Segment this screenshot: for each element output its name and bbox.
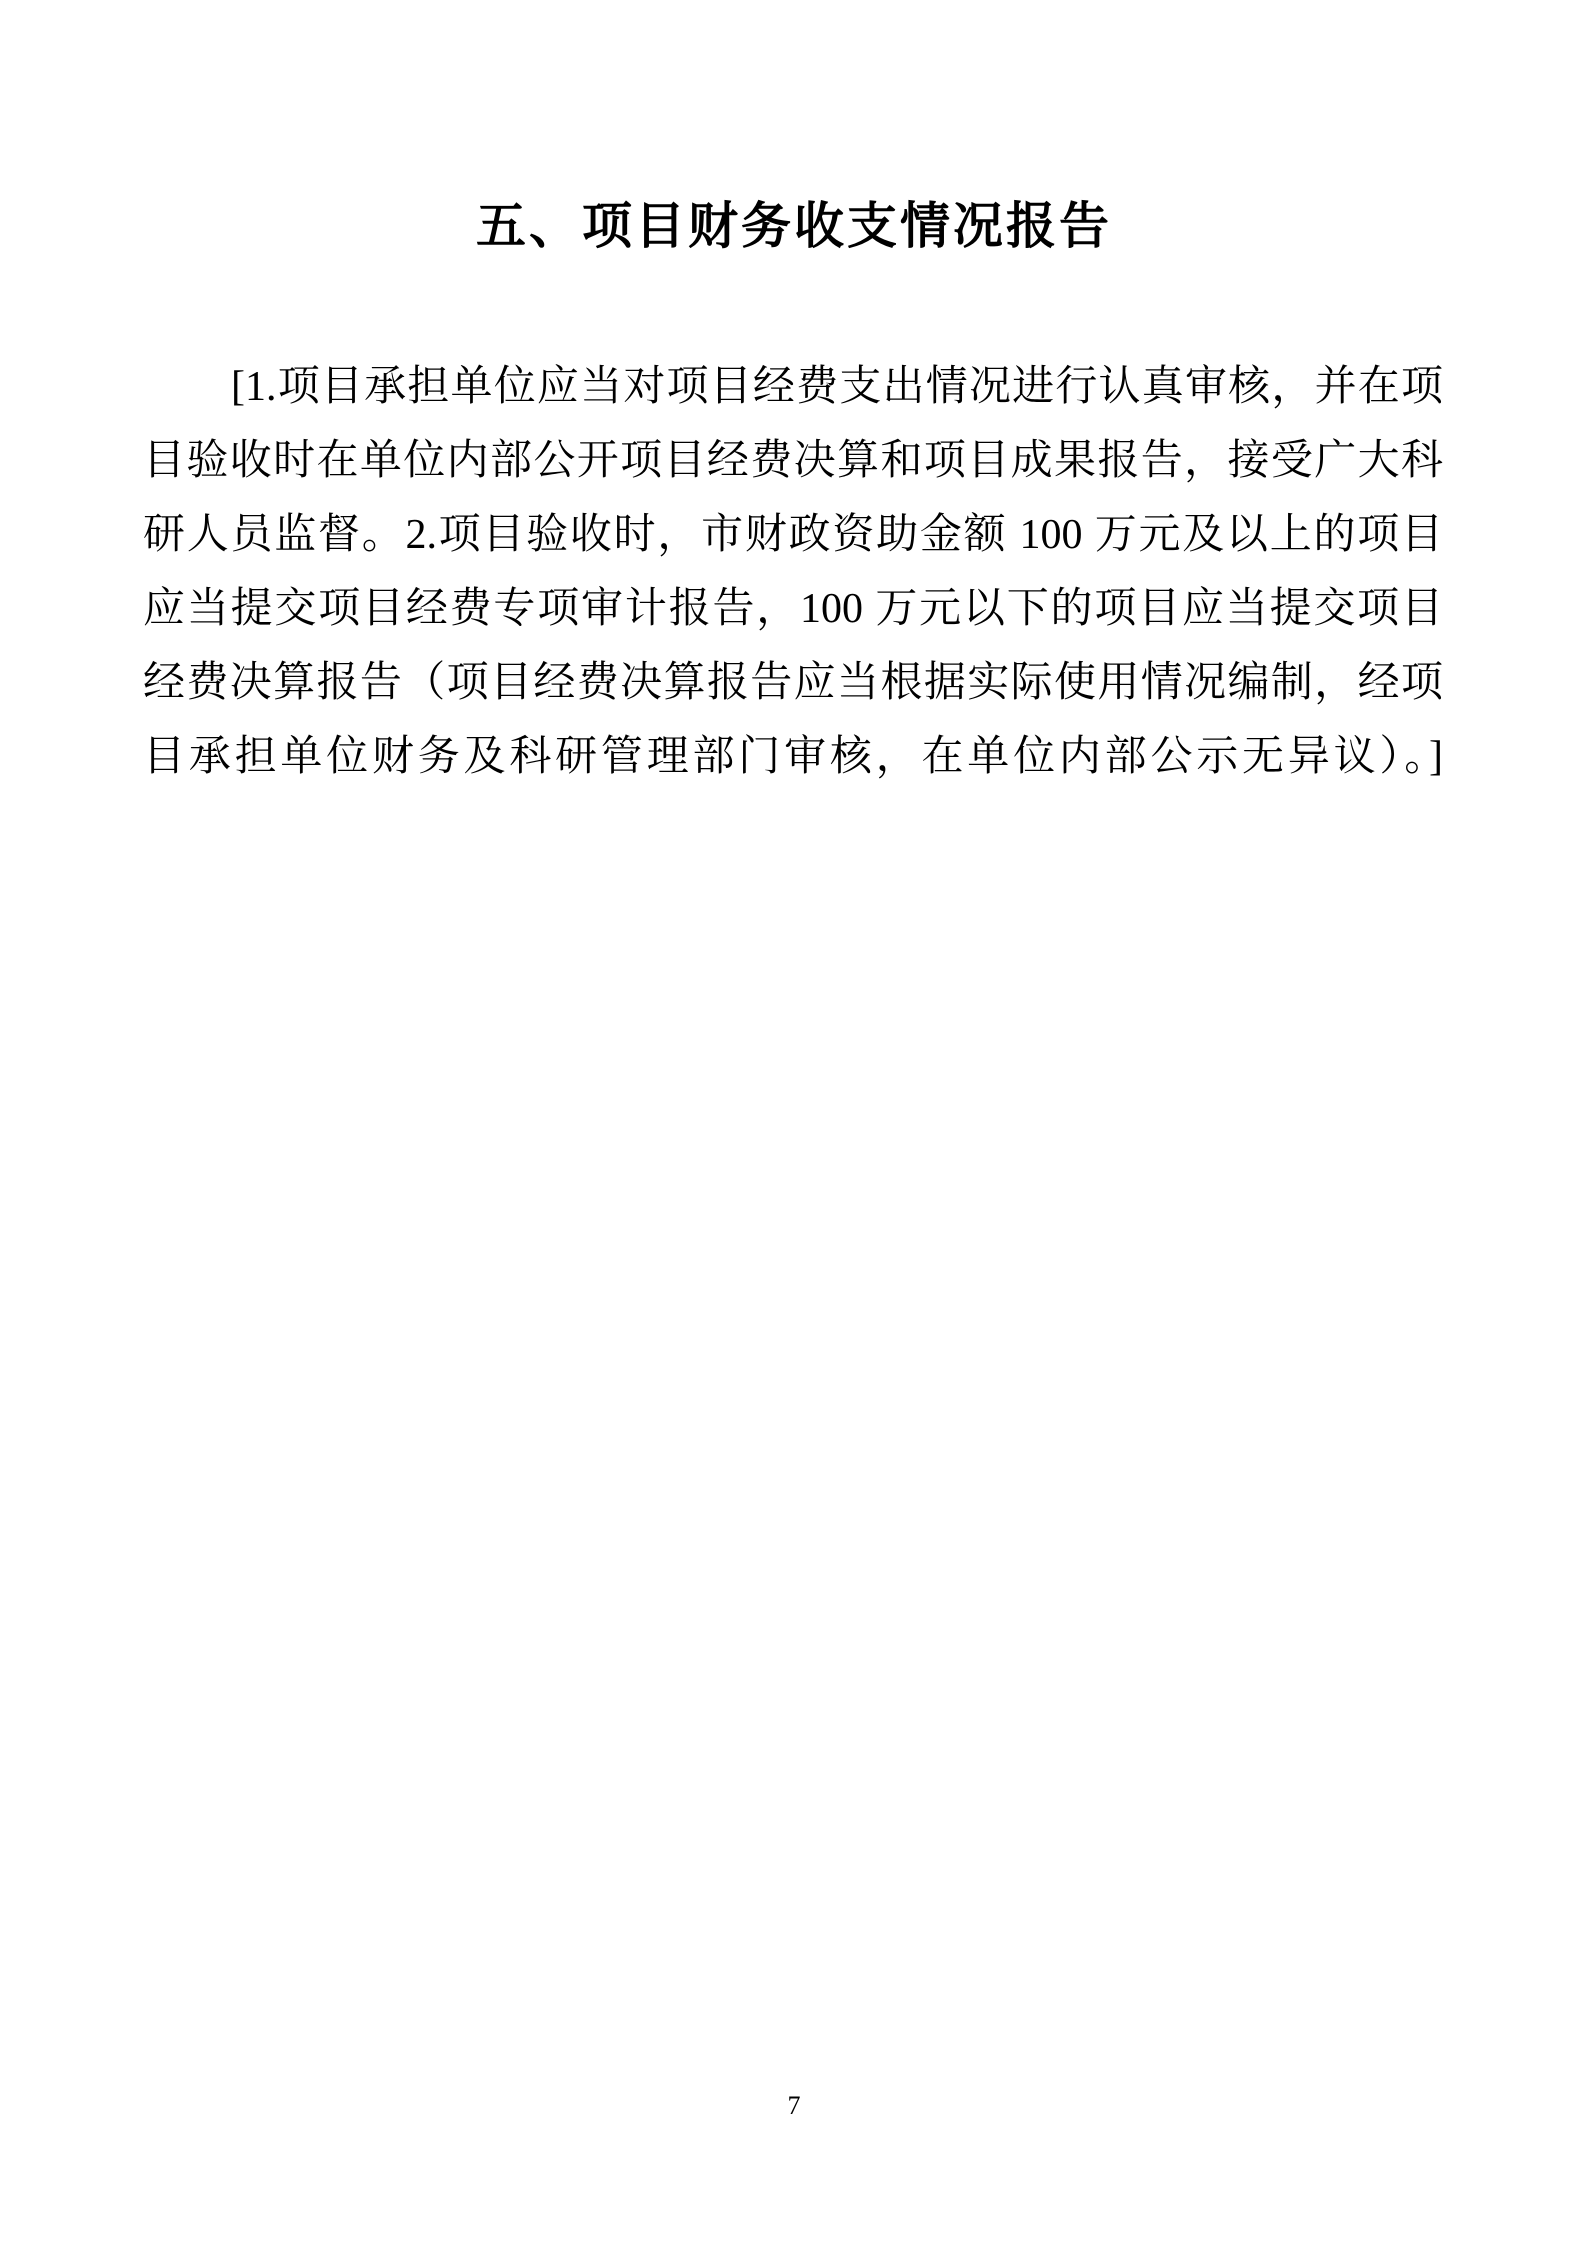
paragraph-line-3: 研人员监督。2.项目验收时，市财政资助金额 100 万元及以上的项目 <box>143 498 1443 572</box>
paragraph-line-4: 应当提交项目经费专项审计报告，100 万元以下的项目应当提交项目 <box>143 572 1443 646</box>
section-title: 五、项目财务收支情况报告 <box>0 196 1588 256</box>
page-number: 7 <box>0 2090 1588 2122</box>
document-page: 五、项目财务收支情况报告 [1.项目承担单位应当对项目经费支出情况进行认真审核，… <box>0 0 1588 2245</box>
paragraph-line-1: [1.项目承担单位应当对项目经费支出情况进行认真审核，并在项 <box>143 350 1443 424</box>
paragraph-line-5: 经费决算报告（项目经费决算报告应当根据实际使用情况编制，经项 <box>143 646 1443 720</box>
paragraph-line-2: 目验收时在单位内部公开项目经费决算和项目成果报告，接受广大科 <box>143 424 1443 498</box>
paragraph-line-6: 目承担单位财务及科研管理部门审核，在单位内部公示无异议）。] <box>143 720 1443 794</box>
body-paragraph: [1.项目承担单位应当对项目经费支出情况进行认真审核，并在项 目验收时在单位内部… <box>143 350 1443 794</box>
